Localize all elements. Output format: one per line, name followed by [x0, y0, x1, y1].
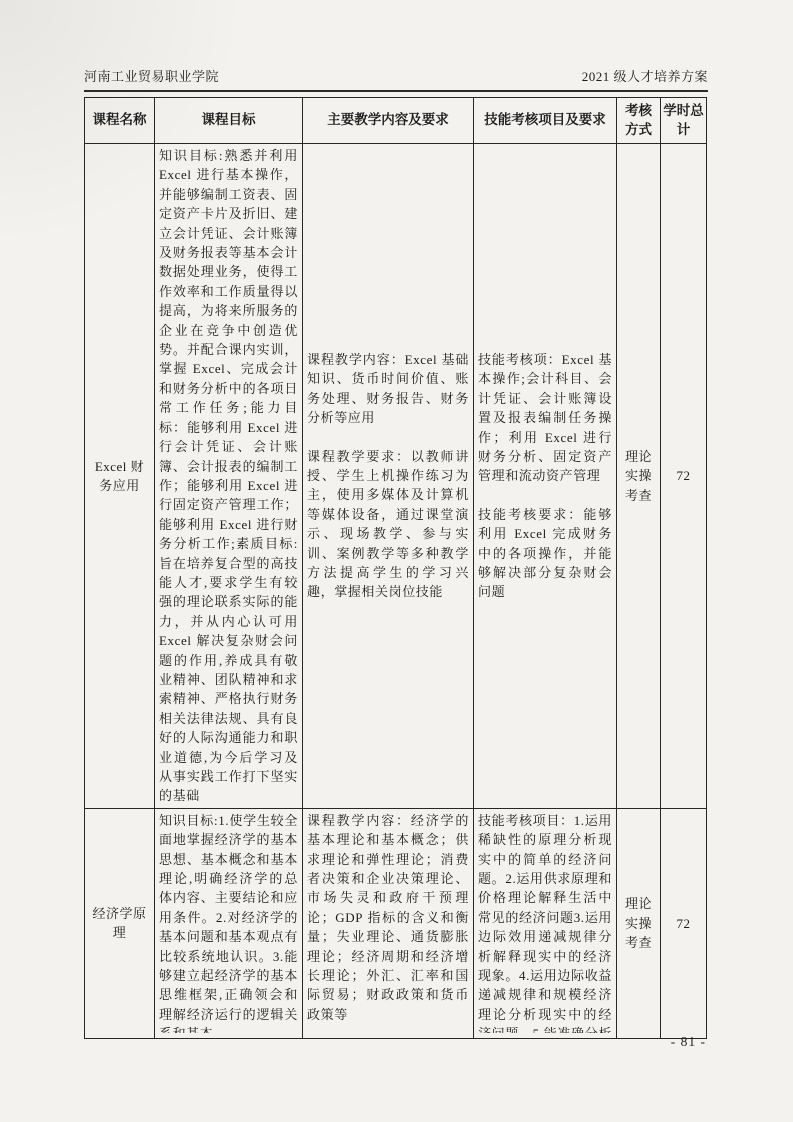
document-page: 河南工业贸易职业学院 2021 级人才培养方案 课程名称 课程目标 主要教学内容…	[0, 0, 793, 1122]
page-number: - 81 -	[0, 1034, 706, 1050]
hours-cell: 72	[661, 144, 707, 809]
course-row-excel: Excel 财务应用 知识目标:熟悉并利用 Excel 进行基本操作，并能够编制…	[85, 144, 707, 809]
objectives-cell: 知识目标:1.使学生较全面地掌握经济学的基本思想、基本概念和基本理论,明确经济学…	[155, 808, 303, 1038]
teaching-content: 课程教学内容：Excel 基础知识、货币时间价值、账务处理、财务报告、财务分析等…	[307, 350, 469, 428]
assessment-cell: 技能考核项目：1.运用稀缺性的原理分析现实中的简单的经济问题。2.运用供求原理和…	[474, 808, 617, 1038]
col-header-course-name: 课程名称	[85, 98, 155, 144]
course-name: Excel 财务应用	[89, 457, 150, 496]
course-row-economics: 经济学原理 知识目标:1.使学生较全面地掌握经济学的基本思想、基本概念和基本理论…	[85, 808, 707, 1038]
objectives-text: 知识目标:熟悉并利用 Excel 进行基本操作，并能够编制工资表、固定资产卡片及…	[159, 146, 298, 806]
hours-cell: 72	[661, 808, 707, 1038]
teaching-requirements: 课程教学要求：以教师讲授、学生上机操作练习为主，使用多媒体及计算机等媒体设备，通…	[307, 447, 469, 602]
content-cell: 课程教学内容：经济学的基本理论和基本概念；供求理论和弹性理论；消费者决策和企业决…	[303, 808, 474, 1038]
content-cell: 课程教学内容：Excel 基础知识、货币时间价值、账务处理、财务报告、财务分析等…	[303, 144, 474, 809]
document-header: 河南工业贸易职业学院 2021 级人才培养方案	[84, 66, 708, 92]
skill-assessment-items: 技能考核项：Excel 基本操作;会计科目、会计凭证、会计账簿设置及报表编制任务…	[478, 350, 612, 486]
skill-assessment-items: 技能考核项目：1.运用稀缺性的原理分析现实中的简单的经济问题。2.运用供求原理和…	[478, 811, 612, 1033]
total-hours: 72	[665, 914, 702, 933]
method-cell: 理论实操考查	[617, 808, 661, 1038]
skill-assessment-requirements: 技能考核要求：能够利用 Excel 完成财务中的各项操作，并能够解决部分复杂财会…	[478, 505, 612, 602]
objectives-text: 知识目标:1.使学生较全面地掌握经济学的基本思想、基本概念和基本理论,明确经济学…	[159, 811, 298, 1033]
col-header-objectives: 课程目标	[155, 98, 303, 144]
course-name-cell: 经济学原理	[85, 808, 155, 1038]
col-header-hours: 学时总计	[661, 98, 707, 144]
teaching-content: 课程教学内容：经济学的基本理论和基本概念；供求理论和弹性理论；消费者决策和企业决…	[307, 811, 469, 1024]
course-table: 课程名称 课程目标 主要教学内容及要求 技能考核项目及要求 考核方式 学时总计 …	[84, 97, 707, 1039]
assessment-method: 理论实操考查	[621, 447, 656, 505]
program-title: 2021 级人才培养方案	[582, 66, 708, 85]
assessment-cell: 技能考核项：Excel 基本操作;会计科目、会计凭证、会计账簿设置及报表编制任务…	[474, 144, 617, 809]
table-header-row: 课程名称 课程目标 主要教学内容及要求 技能考核项目及要求 考核方式 学时总计	[85, 98, 707, 144]
course-name-cell: Excel 财务应用	[85, 144, 155, 809]
objectives-cell: 知识目标:熟悉并利用 Excel 进行基本操作，并能够编制工资表、固定资产卡片及…	[155, 144, 303, 809]
method-cell: 理论实操考查	[617, 144, 661, 809]
col-header-method: 考核方式	[617, 98, 661, 144]
col-header-assessment: 技能考核项目及要求	[474, 98, 617, 144]
school-name: 河南工业贸易职业学院	[84, 66, 219, 85]
course-name: 经济学原理	[89, 904, 150, 943]
col-header-content: 主要教学内容及要求	[303, 98, 474, 144]
total-hours: 72	[665, 466, 702, 485]
assessment-method: 理论实操考查	[621, 894, 656, 952]
